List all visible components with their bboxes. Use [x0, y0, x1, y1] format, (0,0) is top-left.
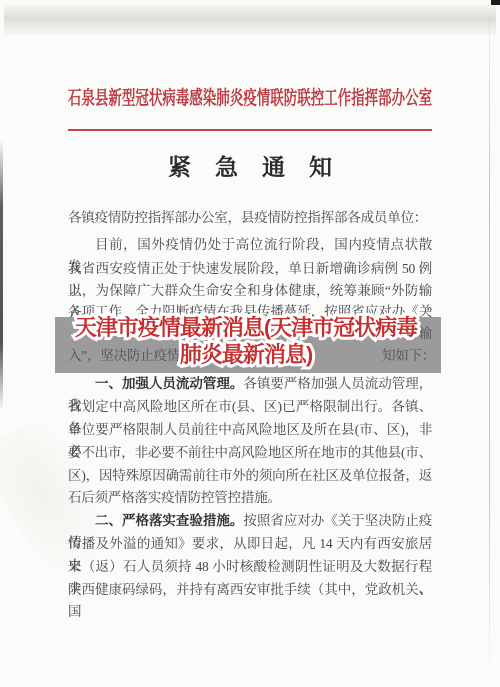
body-line: 单位要严格限制人员前往中高风险地区及所在县(市、区)，非必: [68, 419, 432, 441]
body-line: 一、加强人员流动管理。各镇要严格加强人员流动管理，我: [68, 373, 432, 395]
body-line: 省划定中高风险地区所在市(县、区)已严格限制出行。各镇、各: [68, 396, 432, 418]
issuer-banner: 石泉县新型冠状病毒感染肺炎疫情联防联控工作指挥部办公室: [68, 86, 432, 112]
body-line: 石后须严格落实疫情防控管控措施。: [68, 487, 432, 509]
body-line-emphasis: 一、加强人员流动管理。: [95, 376, 243, 391]
photo-corner-mark: [491, 0, 500, 5]
body-line: 陕西健康码绿码，并持有离西安审批手续（其中，党政机关、国: [68, 579, 432, 601]
seo-overlay: 天津市疫情最新消息(天津市冠状病毒 肺炎最新消息): [0, 314, 496, 368]
red-divider: [68, 129, 432, 131]
body-line: 上，为保障广大群众生命安全和身体健康，统筹兼顾“外防输入”: [68, 280, 432, 302]
notice-title: 紧急通知: [0, 153, 500, 183]
body-line: 二、严格落实查验措施。按照省应对办《关于坚决防止疫情: [68, 510, 432, 532]
seo-overlay-line1: 天津市疫情最新消息(天津市冠状病毒: [0, 314, 496, 341]
body-line: 要不出市，非必要不前往中高风险地区所在地市的其他县(市、: [68, 442, 432, 464]
body-line: 来（返）石人员须持 48 小时核酸检测阴性证明及大数据行程卡、: [68, 556, 432, 578]
body-line: 目前，国外疫情仍处于高位流行阶段，国内疫情点状散发，: [68, 234, 432, 256]
body-line: 区)，因特殊原因确需前往市外的须向所在社区及单位报备，返: [68, 465, 432, 487]
seo-overlay-line2: 肺炎最新消息): [0, 341, 496, 368]
body-line: 传播及外溢的通知》要求，从即日起，凡 14 天内有西安旅居史: [68, 533, 432, 555]
salutation-line: 各镇疫情防控指挥部办公室，县疫情防控指挥部各成员单位：: [68, 207, 432, 229]
body-line-emphasis: 二、严格落实查验措施。: [95, 513, 243, 528]
body-line: 我省西安疫情正处于快速发展阶段，单日新增确诊病例 50 例以: [68, 258, 432, 280]
document-photo: 石泉县新型冠状病毒感染肺炎疫情联防联控工作指挥部办公室 紧急通知 各镇疫情防控指…: [0, 0, 500, 687]
photo-top-shadow: [4, 5, 496, 35]
